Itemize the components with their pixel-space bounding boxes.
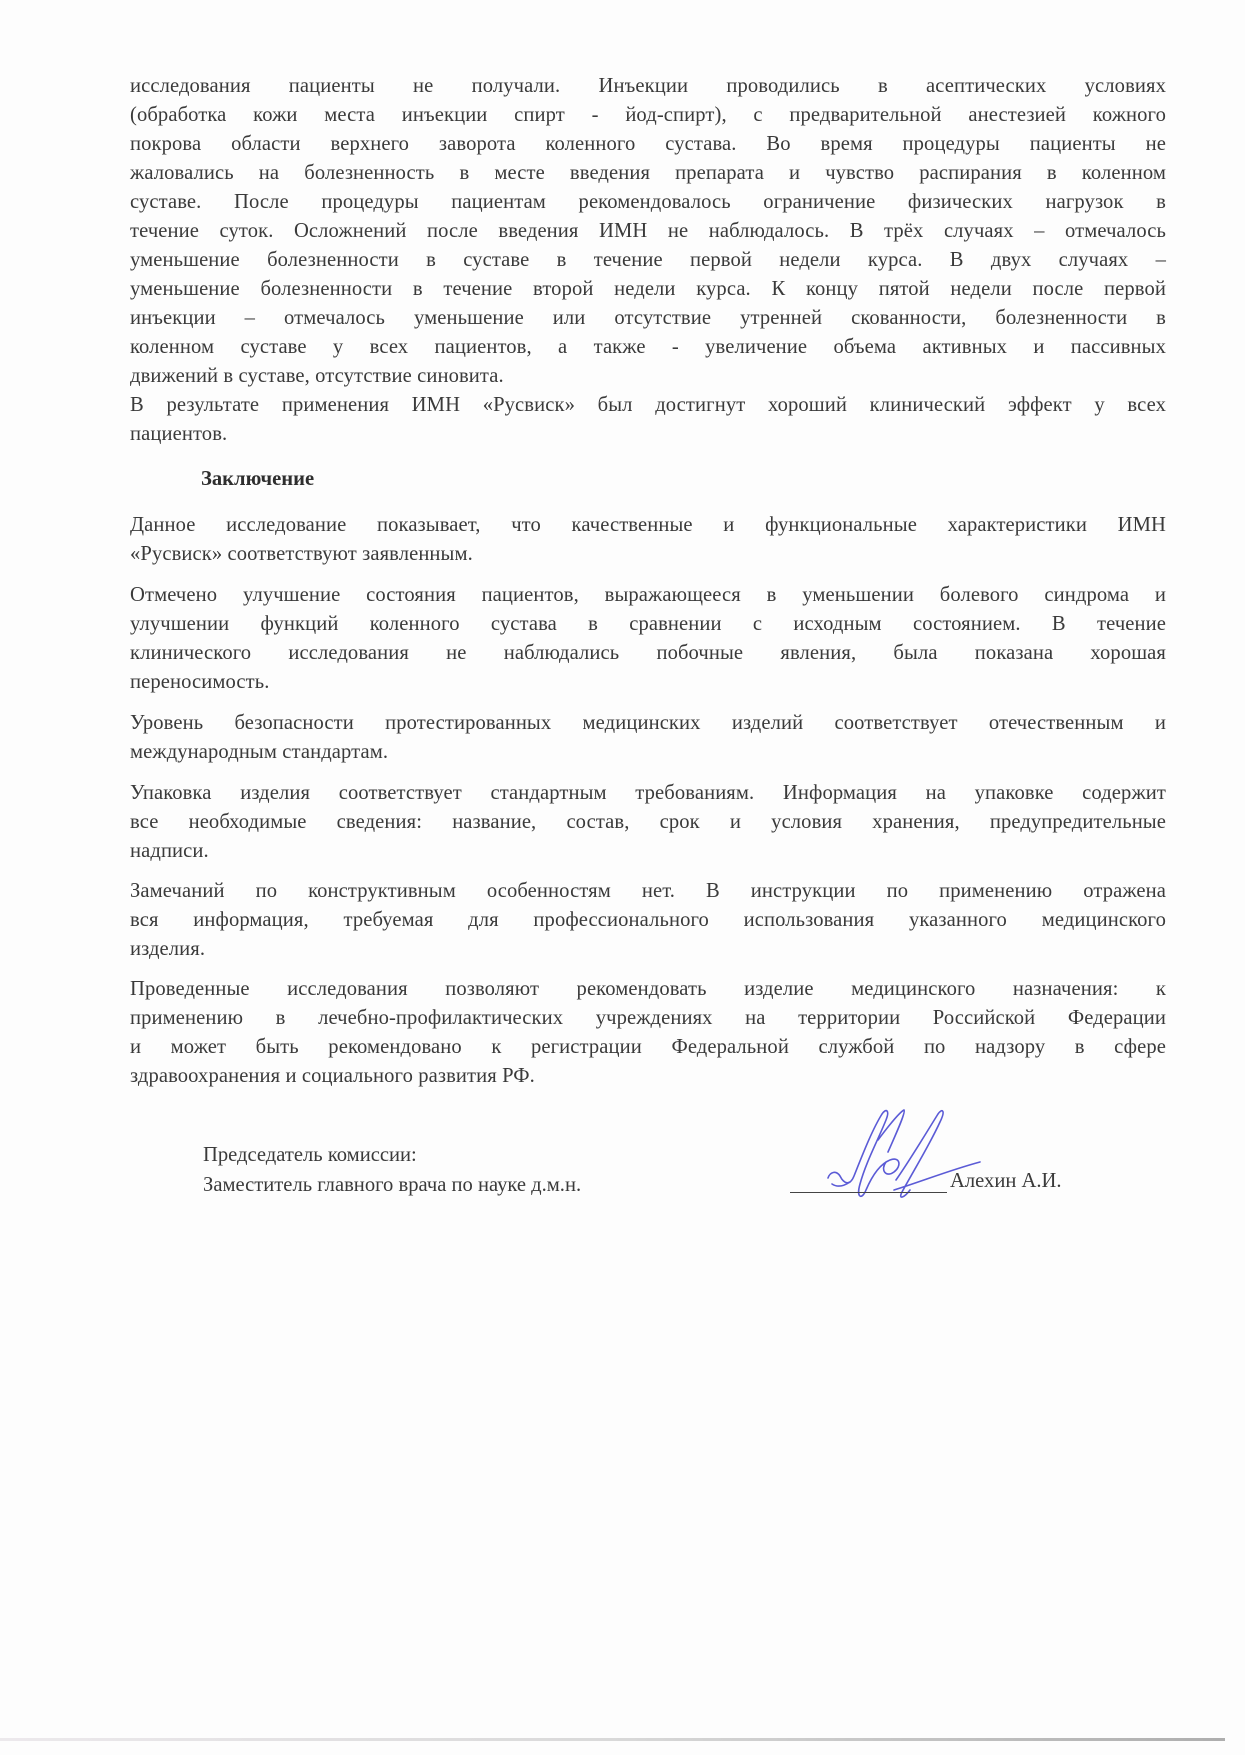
- text-line: клинического исследования не наблюдались…: [130, 639, 1166, 668]
- text-line: «Русвиск» соответствуют заявленным.: [130, 540, 1166, 569]
- signatory-name: Алехин А.И.: [950, 1170, 1062, 1193]
- text-line: коленном суставе у всех пациентов, а так…: [130, 333, 1166, 362]
- text-line: и может быть рекомендовано к регистрации…: [130, 1033, 1166, 1062]
- conclusion-paragraph-2: Отмечено улучшение состояния пациентов, …: [130, 581, 1166, 697]
- text-line: все необходимые сведения: название, сост…: [130, 808, 1166, 837]
- text-line: уменьшение болезненности в течение второ…: [130, 275, 1166, 304]
- text-line: течение суток. Осложнений после введения…: [130, 217, 1166, 246]
- text-line: Упаковка изделия соответствует стандартн…: [130, 779, 1166, 808]
- text-line: (обработка кожи места инъекции спирт - й…: [130, 101, 1166, 130]
- text-line: переносимость.: [130, 668, 1166, 697]
- signature-area: Алехин А.И.: [790, 1100, 1090, 1210]
- text-line: покрова области верхнего заворота коленн…: [130, 130, 1166, 159]
- text-line: инъекции – отмечалось уменьшение или отс…: [130, 304, 1166, 333]
- text-line: надписи.: [130, 837, 1166, 866]
- text-line: жаловались на болезненность в месте введ…: [130, 159, 1166, 188]
- body-paragraph-2: В результате применения ИМН «Русвиск» бы…: [130, 391, 1166, 449]
- text-line: пациентов.: [130, 420, 1166, 449]
- text-line: Замечаний по конструктивным особенностям…: [130, 877, 1166, 906]
- text-line: Проведенные исследования позволяют реком…: [130, 975, 1166, 1004]
- text-line: применению в лечебно-профилактических уч…: [130, 1004, 1166, 1033]
- text-line: Отмечено улучшение состояния пациентов, …: [130, 581, 1166, 610]
- text-line: Уровень безопасности протестированных ме…: [130, 709, 1166, 738]
- text-line: суставе. После процедуры пациентам реком…: [130, 188, 1166, 217]
- text-line: вся информация, требуемая для профессион…: [130, 906, 1166, 935]
- role-line-2: Заместитель главного врача по науке д.м.…: [203, 1170, 581, 1200]
- conclusion-paragraph-3: Уровень безопасности протестированных ме…: [130, 709, 1166, 767]
- text-line: исследования пациенты не получали. Инъек…: [130, 72, 1166, 101]
- conclusion-paragraph-4: Упаковка изделия соответствует стандартн…: [130, 779, 1166, 866]
- signatory-role: Председатель комиссии: Заместитель главн…: [203, 1140, 581, 1200]
- text-line: уменьшение болезненности в суставе в теч…: [130, 246, 1166, 275]
- document-page: исследования пациенты не получали. Инъек…: [0, 0, 1245, 1755]
- role-line-1: Председатель комиссии:: [203, 1140, 581, 1170]
- scan-edge-divider: [0, 1738, 1225, 1741]
- handwritten-signature-icon: [810, 1100, 990, 1210]
- text-line: движений в суставе, отсутствие синовита.: [130, 362, 1166, 391]
- conclusion-paragraph-1: Данное исследование показывает, что каче…: [130, 511, 1166, 569]
- text-line: улучшении функций коленного сустава в ср…: [130, 610, 1166, 639]
- text-line: Данное исследование показывает, что каче…: [130, 511, 1166, 540]
- conclusion-heading: Заключение: [201, 468, 314, 491]
- text-line: международным стандартам.: [130, 738, 1166, 767]
- body-paragraph-1: исследования пациенты не получали. Инъек…: [130, 72, 1166, 391]
- conclusion-paragraph-5: Замечаний по конструктивным особенностям…: [130, 877, 1166, 964]
- text-line: здравоохранения и социального развития Р…: [130, 1062, 1166, 1091]
- signature-line: [790, 1192, 947, 1193]
- conclusion-paragraph-6: Проведенные исследования позволяют реком…: [130, 975, 1166, 1091]
- text-line: В результате применения ИМН «Русвиск» бы…: [130, 391, 1166, 420]
- text-line: изделия.: [130, 935, 1166, 964]
